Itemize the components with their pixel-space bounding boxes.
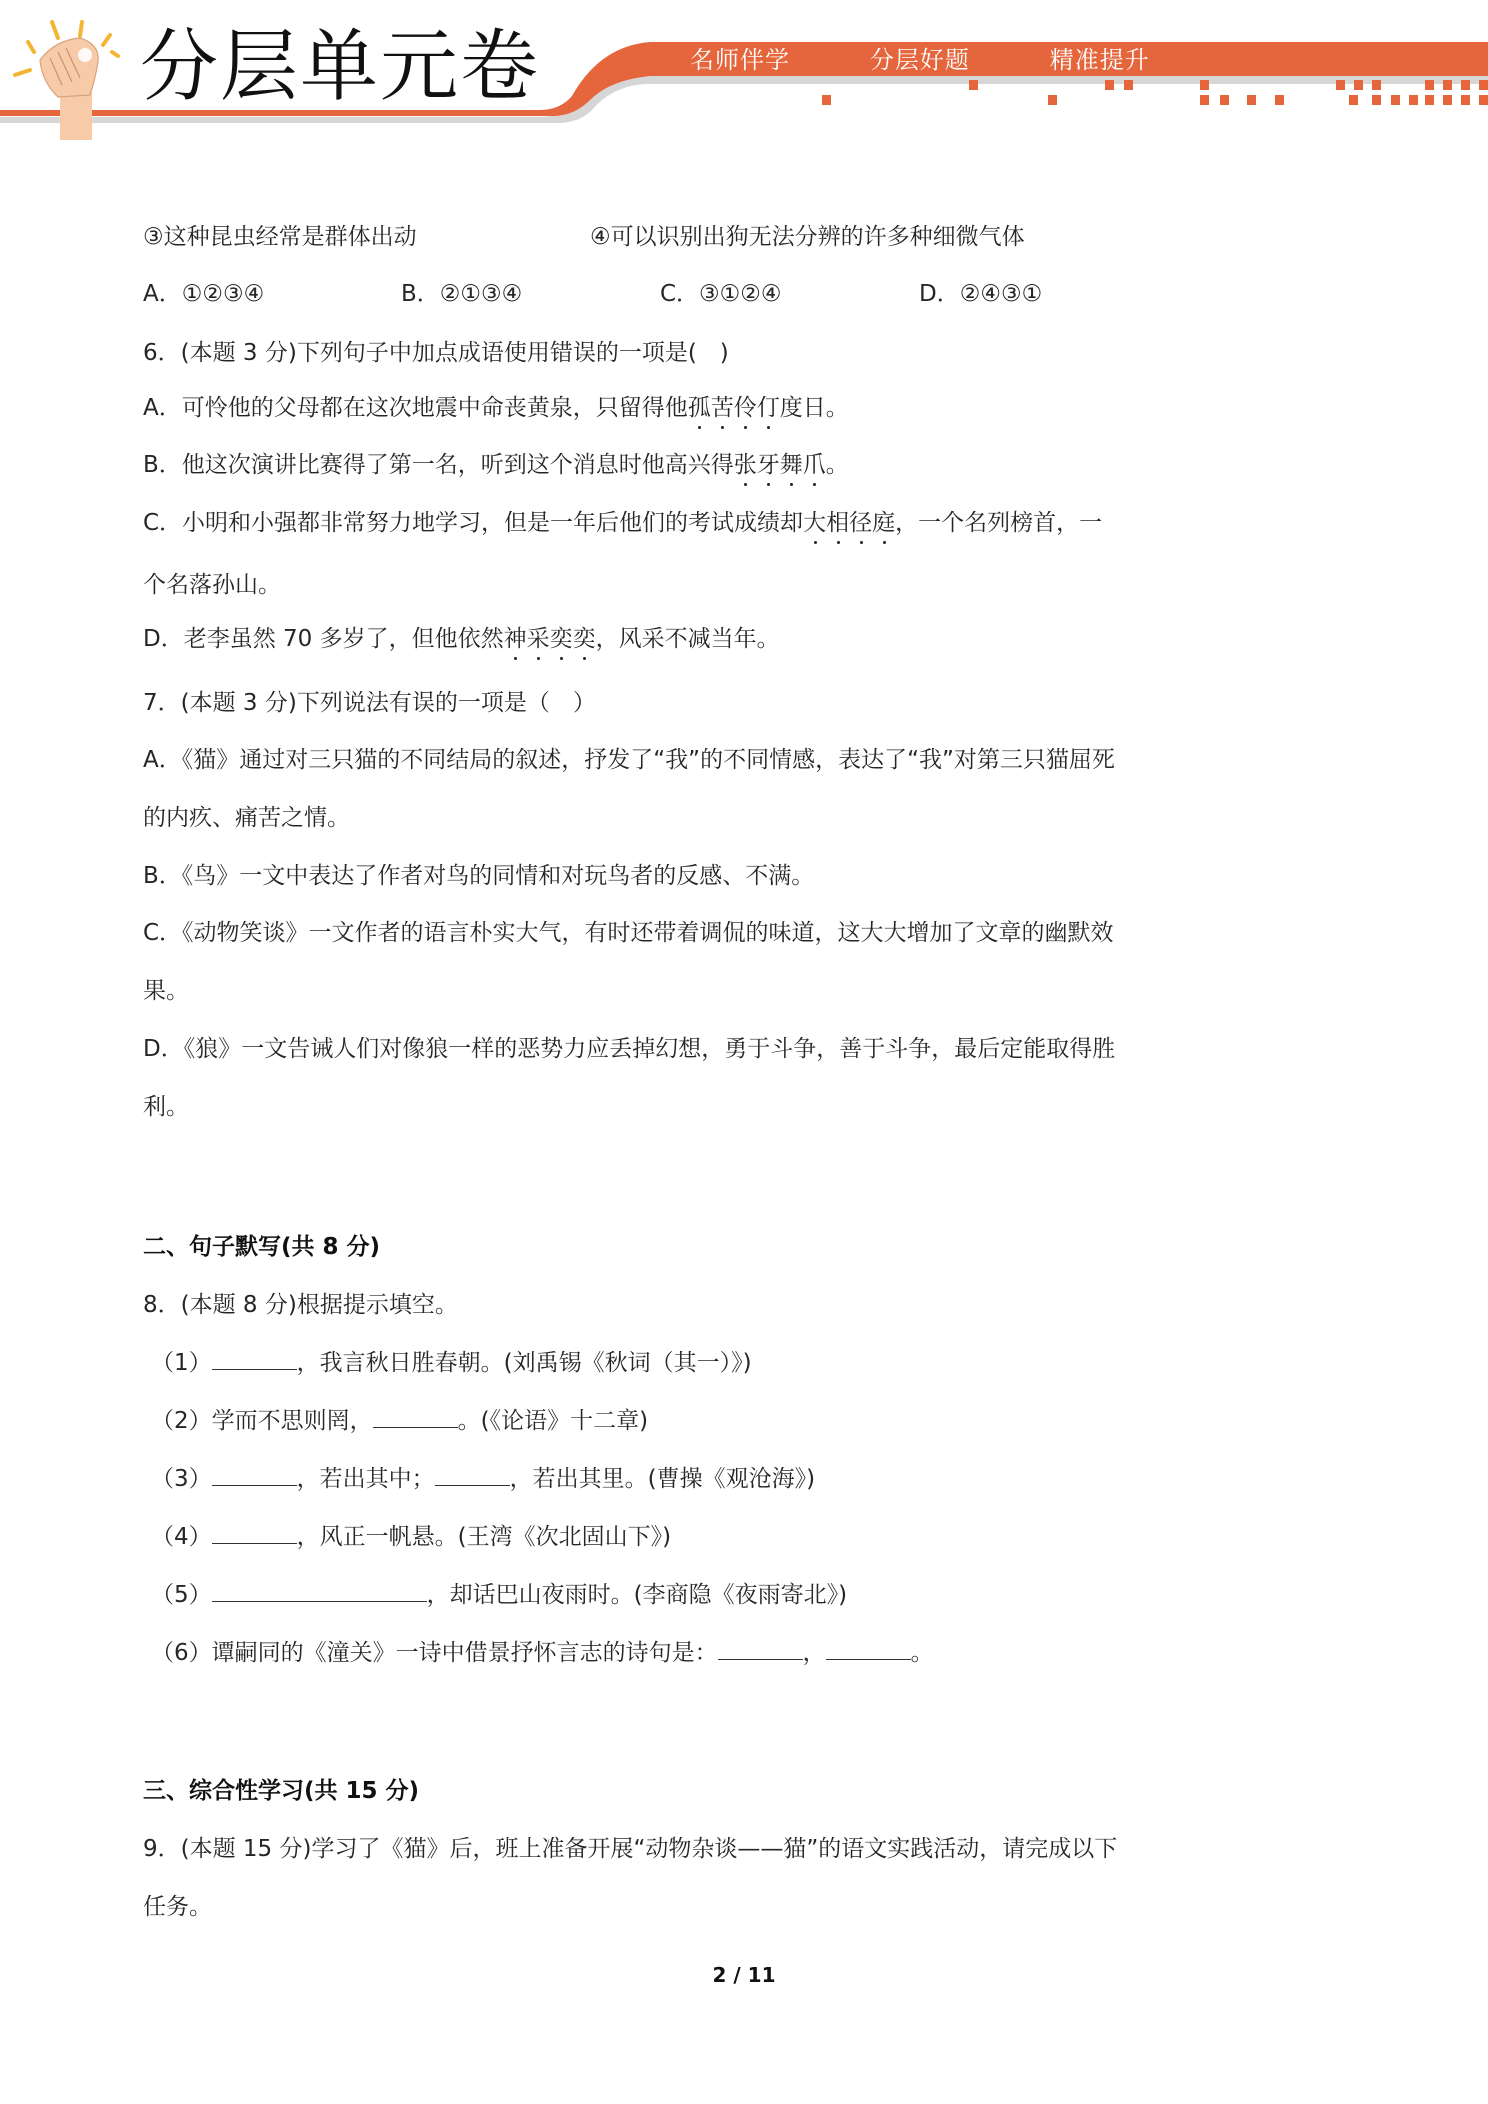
q6-stem: 6．(本题 3 分)下列句子中加点成语使用错误的一项是( ) xyxy=(143,338,729,368)
q6-b-text: B．他这次演讲比赛得了第一名，听到这个消息时他高兴得 xyxy=(143,452,734,478)
q6-option-d[interactable]: D．老李虽然 70 多岁了，但他依然神采奕奕，风采不减当年。 xyxy=(143,624,780,654)
item-text: ，我言秋日胜春朝。(刘禹锡《秋词（其一）》) xyxy=(297,1350,752,1376)
item-text: 谭嗣同的《潼关》一诗中借景抒怀言志的诗句是： xyxy=(212,1640,718,1666)
q9-stem-line2: 任务。 xyxy=(143,1892,212,1922)
q5-option-a[interactable]: A．①②③④ xyxy=(143,279,264,309)
fill-blank[interactable] xyxy=(212,1465,297,1486)
section-2-heading: 二、句子默写(共 8 分) xyxy=(143,1232,380,1262)
q6-b-text-end: 。 xyxy=(826,452,849,478)
dotted-char: 舞 xyxy=(780,450,803,480)
q6-option-a[interactable]: A．可怜他的父母都在这次地震中命丧黄泉，只留得他孤苦伶仃度日。 xyxy=(143,393,849,423)
item-number: （6） xyxy=(151,1640,212,1666)
item-text-end: ，若出其里。(曹操《观沧海》) xyxy=(510,1466,815,1492)
q6-option-c-line2: 个名落孙山。 xyxy=(143,570,281,600)
fill-blank[interactable] xyxy=(212,1349,297,1370)
item-text-sep: ， xyxy=(803,1640,826,1666)
dotted-char: 牙 xyxy=(757,450,780,480)
fill-blank[interactable] xyxy=(435,1465,510,1486)
dotted-char: 奕 xyxy=(573,624,596,654)
q5-item-3: ③这种昆虫经常是群体出动 xyxy=(143,222,417,252)
q6-d-text: D．老李虽然 70 多岁了，但他依然 xyxy=(143,626,504,652)
item-text: ，却话巴山夜雨时。(李商隐《夜雨寄北》) xyxy=(427,1582,847,1608)
page-header: 分层单元卷 名师伴学 分层好题 精准提升 xyxy=(0,0,1488,140)
dotted-char: 仃 xyxy=(757,393,780,423)
q7-option-a[interactable]: A．《猫》通过对三只猫的不同结局的叙述，抒发了“我”的不同情感，表达了“我”对第… xyxy=(143,745,1115,775)
item-text: ，若出其中； xyxy=(297,1466,435,1492)
q6-option-c[interactable]: C．小明和小强都非常努力地学习，但是一年后他们的考试成绩却大相径庭，一个名列榜首… xyxy=(143,508,1102,538)
section-3-heading: 三、综合性学习(共 15 分) xyxy=(143,1776,419,1806)
fill-blank[interactable] xyxy=(373,1407,458,1428)
q7-option-d-line2: 利。 xyxy=(143,1092,189,1122)
q6-a-text: A．可怜他的父母都在这次地震中命丧黄泉，只留得他 xyxy=(143,395,688,421)
item-text-end: 。(《论语》十二章) xyxy=(458,1408,648,1434)
dotted-char: 径 xyxy=(849,508,872,538)
q7-option-c[interactable]: C．《动物笑谈》一文作者的语言朴实大气，有时还带着调侃的味道，这大大增加了文章的… xyxy=(143,918,1114,948)
q7-option-b[interactable]: B．《鸟》一文中表达了作者对鸟的同情和对玩鸟者的反感、不满。 xyxy=(143,861,814,891)
q5-option-b[interactable]: B．②①③④ xyxy=(401,279,522,309)
fill-blank[interactable] xyxy=(718,1639,803,1660)
item-text-end: 。 xyxy=(911,1640,934,1666)
dotted-char: 庭 xyxy=(872,508,895,538)
dotted-char: 神 xyxy=(504,624,527,654)
q6-a-text-end: 度日。 xyxy=(780,395,849,421)
q7-option-c-line2: 果。 xyxy=(143,976,189,1006)
item-number: （1） xyxy=(151,1350,212,1376)
q6-d-text-end: ，风采不减当年。 xyxy=(596,626,780,652)
dotted-char: 采 xyxy=(527,624,550,654)
q7-option-a-line2: 的内疚、痛苦之情。 xyxy=(143,803,350,833)
fill-blank[interactable] xyxy=(212,1581,427,1602)
q7-option-d[interactable]: D．《狼》一文告诫人们对像狼一样的恶势力应丢掉幻想，勇于斗争，善于斗争，最后定能… xyxy=(143,1034,1115,1064)
q8-item-1: （1），我言秋日胜春朝。(刘禹锡《秋词（其一）》) xyxy=(151,1348,752,1378)
q5-item-4: ④可以识别出狗无法分辨的许多种细微气体 xyxy=(590,222,1025,252)
q8-item-5: （5），却话巴山夜雨时。(李商隐《夜雨寄北》) xyxy=(151,1580,847,1610)
item-number: （2） xyxy=(151,1408,212,1434)
q9-stem: 9．(本题 15 分)学习了《猫》后，班上准备开展“动物杂谈——猫”的语文实践活… xyxy=(143,1834,1117,1864)
q8-stem: 8．(本题 8 分)根据提示填空。 xyxy=(143,1290,458,1320)
q5-option-c[interactable]: C．③①②④ xyxy=(660,279,782,309)
q6-c-text: C．小明和小强都非常努力地学习，但是一年后他们的考试成绩却 xyxy=(143,510,803,536)
dotted-char: 爪 xyxy=(803,450,826,480)
dotted-char: 伶 xyxy=(734,393,757,423)
dotted-char: 相 xyxy=(826,508,849,538)
q7-stem: 7．(本题 3 分)下列说法有误的一项是（ ） xyxy=(143,688,596,718)
dotted-char: 奕 xyxy=(550,624,573,654)
raised-fist-icon xyxy=(0,0,140,140)
q5-option-d[interactable]: D．②④③① xyxy=(919,279,1042,309)
dotted-char: 张 xyxy=(734,450,757,480)
q8-item-2: （2）学而不思则罔，。(《论语》十二章) xyxy=(151,1406,648,1436)
item-text: 学而不思则罔， xyxy=(212,1408,373,1434)
dotted-char: 大 xyxy=(803,508,826,538)
brand-slogan: 名师伴学 分层好题 精准提升 xyxy=(690,40,1150,75)
q8-item-3: （3），若出其中；，若出其里。(曹操《观沧海》) xyxy=(151,1464,815,1494)
item-number: （5） xyxy=(151,1582,212,1608)
q8-item-6: （6）谭嗣同的《潼关》一诗中借景抒怀言志的诗句是：，。 xyxy=(151,1638,934,1668)
q8-item-4: （4），风正一帆悬。(王湾《次北固山下》) xyxy=(151,1522,671,1552)
page-indicator: 2 / 11 xyxy=(0,1963,1488,1987)
item-text: ，风正一帆悬。(王湾《次北固山下》) xyxy=(297,1524,671,1550)
q6-c-text-end: ，一个名列榜首，一 xyxy=(895,510,1102,536)
item-number: （3） xyxy=(151,1466,212,1492)
q6-option-b[interactable]: B．他这次演讲比赛得了第一名，听到这个消息时他高兴得张牙舞爪。 xyxy=(143,450,849,480)
dotted-char: 苦 xyxy=(711,393,734,423)
fill-blank[interactable] xyxy=(826,1639,911,1660)
fill-blank[interactable] xyxy=(212,1523,297,1544)
item-number: （4） xyxy=(151,1524,212,1550)
brand-title: 分层单元卷 xyxy=(140,22,540,112)
dotted-char: 孤 xyxy=(688,393,711,423)
